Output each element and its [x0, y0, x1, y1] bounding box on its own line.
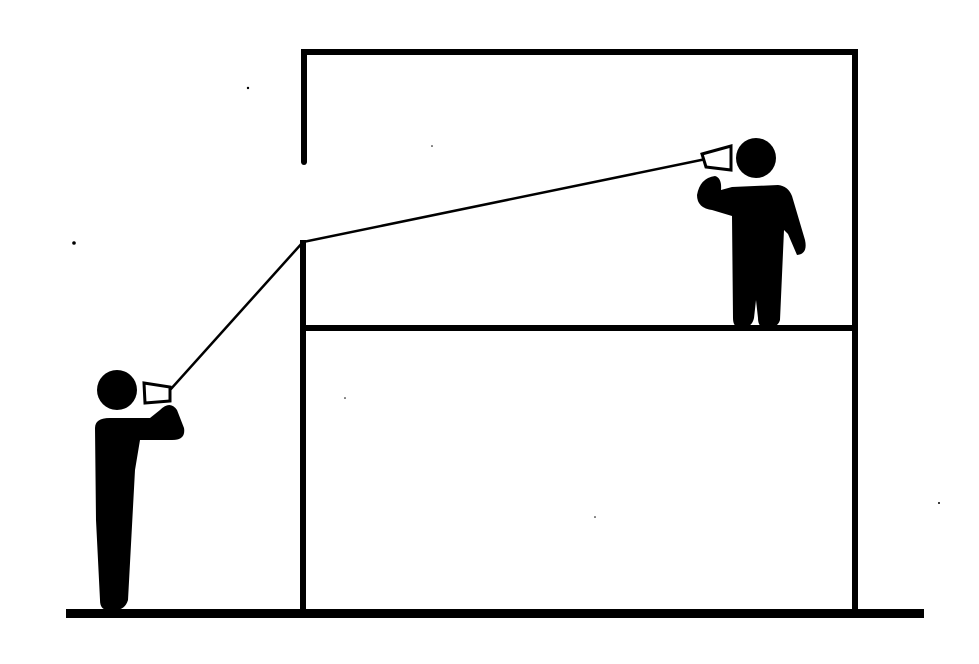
upper-person-body	[697, 176, 806, 327]
upper-person-head	[736, 138, 776, 178]
ground-person	[95, 370, 184, 610]
megaphone-icon	[144, 383, 170, 403]
ground-person-head	[97, 370, 137, 410]
ground-line	[66, 609, 924, 618]
ground-person-body	[95, 405, 184, 610]
scan-noise	[72, 87, 940, 518]
receiver-icon	[702, 146, 731, 170]
diagram-canvas	[0, 0, 979, 664]
upper-floor-person	[697, 138, 806, 327]
signal-path	[170, 159, 706, 390]
